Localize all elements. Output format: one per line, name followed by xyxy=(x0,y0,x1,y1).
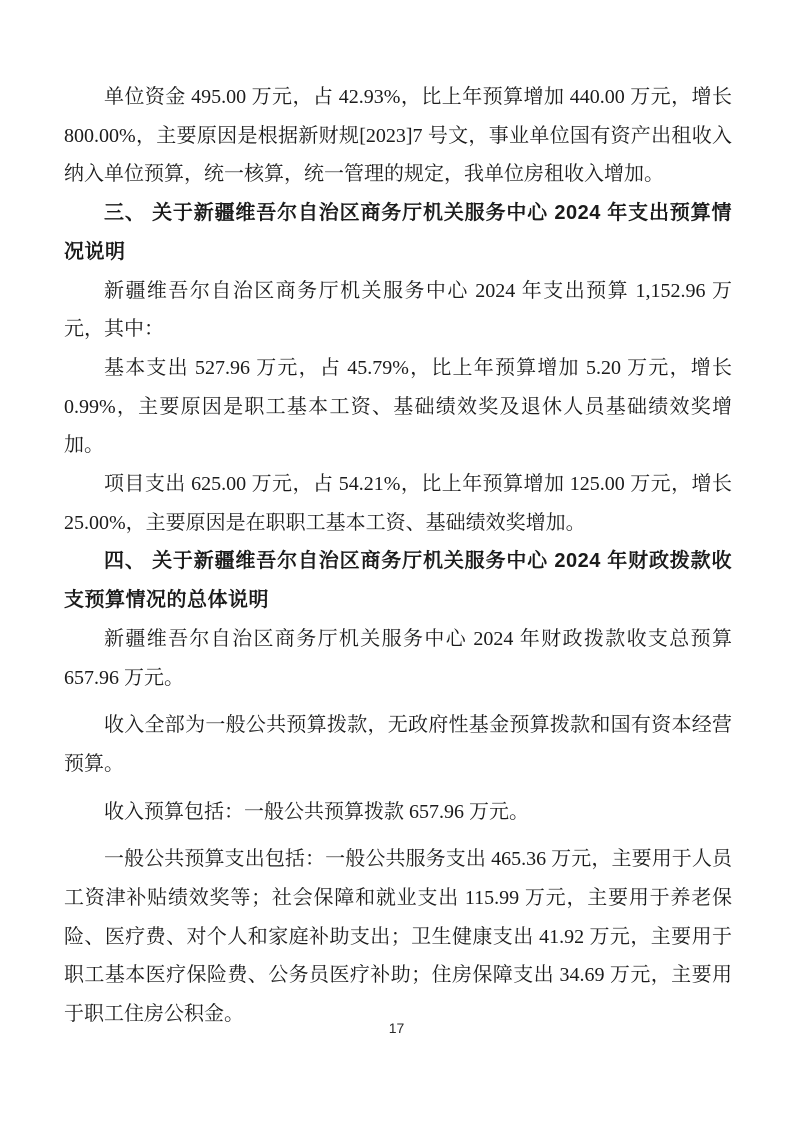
page-number: 17 xyxy=(389,1020,405,1036)
paragraph-unit-funds: 单位资金 495.00 万元，占 42.93%，比上年预算增加 440.00 万… xyxy=(64,78,732,194)
paragraph-basic-expenditure: 基本支出 527.96 万元，占 45.79%，比上年预算增加 5.20 万元，… xyxy=(64,349,732,465)
paragraph-expenditure-total: 新疆维吾尔自治区商务厅机关服务中心 2024 年支出预算 1,152.96 万元… xyxy=(64,272,732,349)
paragraph-income-source: 收入全部为一般公共预算拨款，无政府性基金预算拨款和国有资本经营预算。 xyxy=(64,706,732,783)
paragraph-fiscal-total: 新疆维吾尔自治区商务厅机关服务中心 2024 年财政拨款收支总预算 657.96… xyxy=(64,620,732,697)
paragraph-income-budget: 收入预算包括：一般公共预算拨款 657.96 万元。 xyxy=(64,793,732,832)
document-body: 单位资金 495.00 万元，占 42.93%，比上年预算增加 440.00 万… xyxy=(64,78,732,1034)
document-page: 单位资金 495.00 万元，占 42.93%，比上年预算增加 440.00 万… xyxy=(0,0,793,1122)
heading-section-4: 四、 关于新疆维吾尔自治区商务厅机关服务中心 2024 年财政拨款收支预算情况的… xyxy=(64,542,732,619)
paragraph-public-budget-expenditure: 一般公共预算支出包括：一般公共服务支出 465.36 万元，主要用于人员工资津补… xyxy=(64,840,732,1034)
page-footer: 17 xyxy=(0,1020,793,1038)
heading-section-3: 三、 关于新疆维吾尔自治区商务厅机关服务中心 2024 年支出预算情况说明 xyxy=(64,194,732,271)
paragraph-project-expenditure: 项目支出 625.00 万元，占 54.21%，比上年预算增加 125.00 万… xyxy=(64,465,732,542)
